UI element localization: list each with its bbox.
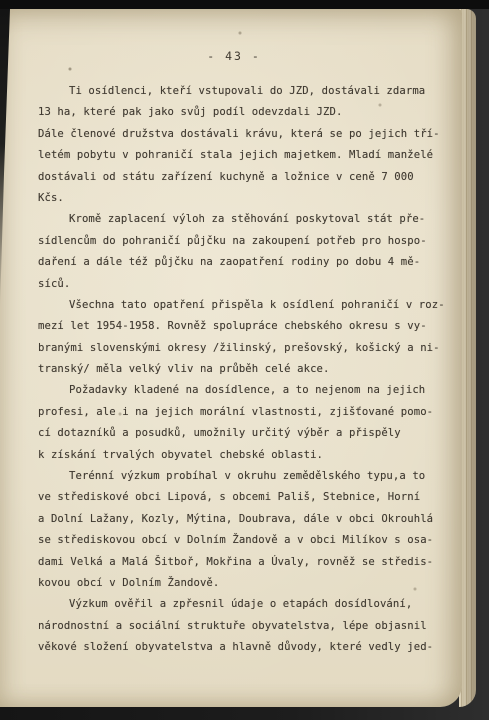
text-line: Výzkum ověřil a zpřesnil údaje o etapách… [38,594,430,615]
text-line: branými slovenskými okresy /žilinský, pr… [38,338,430,359]
page-content: - 43 - Ti osídlenci, kteří vstupovali do… [38,9,430,659]
text-line: Ti osídlenci, kteří vstupovali do JZD, d… [38,81,430,102]
text-line: k získání trvalých obyvatel chebské obla… [38,445,430,466]
text-line: letém pobytu v pohraničí stala jejich ma… [38,145,430,166]
scanner-background-top [0,0,489,9]
text-line: cí dotazníků a posudků, umožnily určitý … [38,423,430,444]
page-number: - 43 - [38,49,430,63]
text-line: věkové složení obyvatelstva a hlavně dův… [38,637,430,658]
text-line: profesi, ale i na jejich morální vlastno… [38,402,430,423]
text-line: ve střediskové obci Lipová, s obcemi Pal… [38,487,430,508]
text-line: Požadavky kladené na dosídlence, a to ne… [38,380,430,401]
text-line: transký/ měla velký vliv na průběh celé … [38,359,430,380]
scanned-document-view: - 43 - Ti osídlenci, kteří vstupovali do… [0,0,489,720]
text-line: dostávali od státu zařízení kuchyně a lo… [38,167,430,188]
text-line: Kčs. [38,188,430,209]
text-line: kovou obcí v Dolním Žandově. [38,573,430,594]
text-line: Terénní výzkum probíhal v okruhu zeměděl… [38,466,430,487]
text-line: a Dolní Lažany, Kozly, Mýtina, Doubrava,… [38,509,430,530]
text-line: síců. [38,274,430,295]
text-line: dami Velká a Malá Šitboř, Mokřina a Úval… [38,552,430,573]
text-line: 13 ha, které pak jako svůj podíl odevzda… [38,102,430,123]
text-line: sídlencům do pohraničí půjčku na zakoupe… [38,231,430,252]
text-line: se střediskovou obcí v Dolním Žandově a … [38,530,430,551]
text-line: daření a dále též půjčku na zaopatření r… [38,252,430,273]
text-line: Dále členové družstva dostávali krávu, k… [38,124,430,145]
text-line: národnostní a sociální struktuře obyvate… [38,616,430,637]
text-line: mezí let 1954-1958. Rovněž spolupráce ch… [38,316,430,337]
text-line: Kromě zaplacení výloh za stěhování posky… [38,209,430,230]
document-text: Ti osídlenci, kteří vstupovali do JZD, d… [38,81,430,659]
text-line: Všechna tato opatření přispěla k osídlen… [38,295,430,316]
